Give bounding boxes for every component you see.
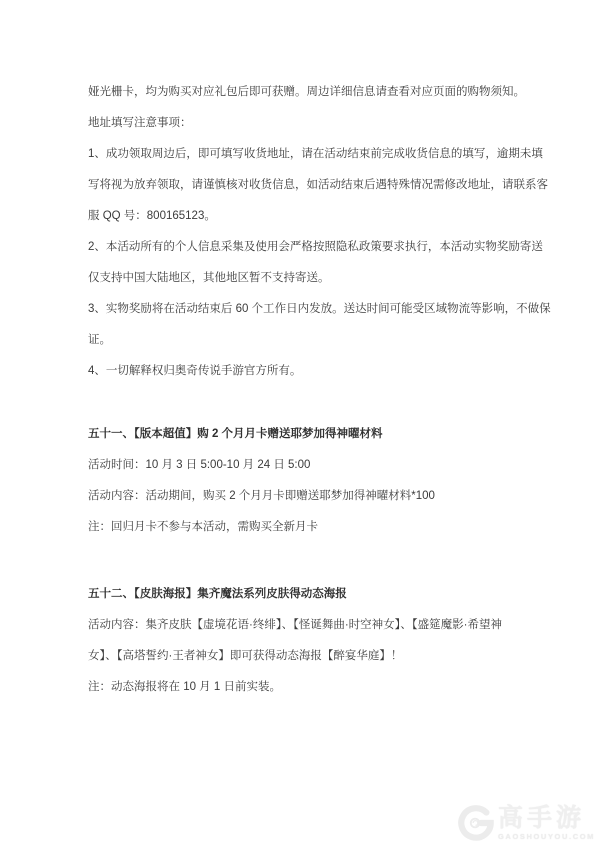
paragraph-rule-2: 2、本活动所有的个人信息采集及使用会严格按照隐私政策要求执行，本活动实物奖励寄送… — [88, 232, 558, 294]
gaoshouyou-watermark: 高手游 GAOSHOUYOU.COM — [457, 804, 595, 842]
document-page: 娅光栅卡，均为购买对应礼包后即可获赠。周边详细信息请查看对应页面的购物须知。 地… — [88, 77, 558, 703]
paragraph-address-note-title: 地址填写注意事项： — [88, 108, 558, 139]
section-51-note: 注：回归月卡不参与本活动，需购买全新月卡 — [88, 512, 558, 543]
section-51-content: 活动内容：活动期间，购买 2 个月月卡即赠送耶梦加得神曜材料*100 — [88, 481, 558, 512]
section-52-content: 活动内容：集齐皮肤【虚境花语·终绯】、【怪诞舞曲·时空神女】、【盛筵魔影·希望神… — [88, 610, 558, 672]
watermark-text-block: 高手游 GAOSHOUYOU.COM — [498, 806, 595, 841]
paragraph-intro: 娅光栅卡，均为购买对应礼包后即可获赠。周边详细信息请查看对应页面的购物须知。 — [88, 77, 558, 108]
section-52-note: 注：动态海报将在 10 月 1 日前实装。 — [88, 672, 558, 703]
section-51-time: 活动时间：10 月 3 日 5:00-10 月 24 日 5:00 — [88, 450, 558, 481]
paragraph-rule-4: 4、一切解释权归奥奇传说手游官方所有。 — [88, 356, 558, 387]
paragraph-rule-3: 3、实物奖励将在活动结束后 60 个工作日内发放。送达时间可能受区域物流等影响，… — [88, 294, 558, 356]
watermark-domain-text: GAOSHOUYOU.COM — [498, 833, 595, 841]
section-52-heading: 五十二、【皮肤海报】集齐魔法系列皮肤得动态海报 — [88, 579, 558, 610]
watermark-brand-text: 高手游 — [498, 806, 585, 831]
gaoshouyou-logo-icon — [457, 804, 495, 842]
section-51-heading: 五十一、【版本超值】购 2 个月月卡赠送耶梦加得神曜材料 — [88, 419, 558, 450]
paragraph-rule-1: 1、成功领取周边后，即可填写收货地址，请在活动结束前完成收货信息的填写，逾期未填… — [88, 139, 558, 232]
